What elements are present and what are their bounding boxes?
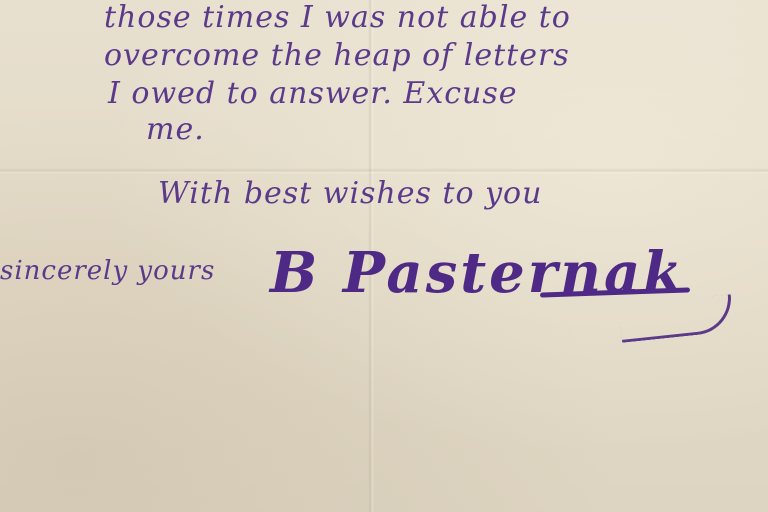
signature: B Pasternak: [270, 240, 685, 306]
letter-body-line: those times I was not able to: [104, 0, 571, 35]
letter-closing: With best wishes to you: [158, 176, 542, 211]
letter-salutation: sincerely yours: [0, 256, 215, 286]
letter-body-line: me.: [146, 112, 205, 147]
letter-paper: those times I was not able to overcome t…: [0, 0, 768, 512]
horizontal-fold-line: [0, 168, 768, 174]
letter-body-line: overcome the heap of letters: [104, 38, 570, 73]
letter-body-line: I owed to answer. Excuse: [108, 76, 518, 111]
